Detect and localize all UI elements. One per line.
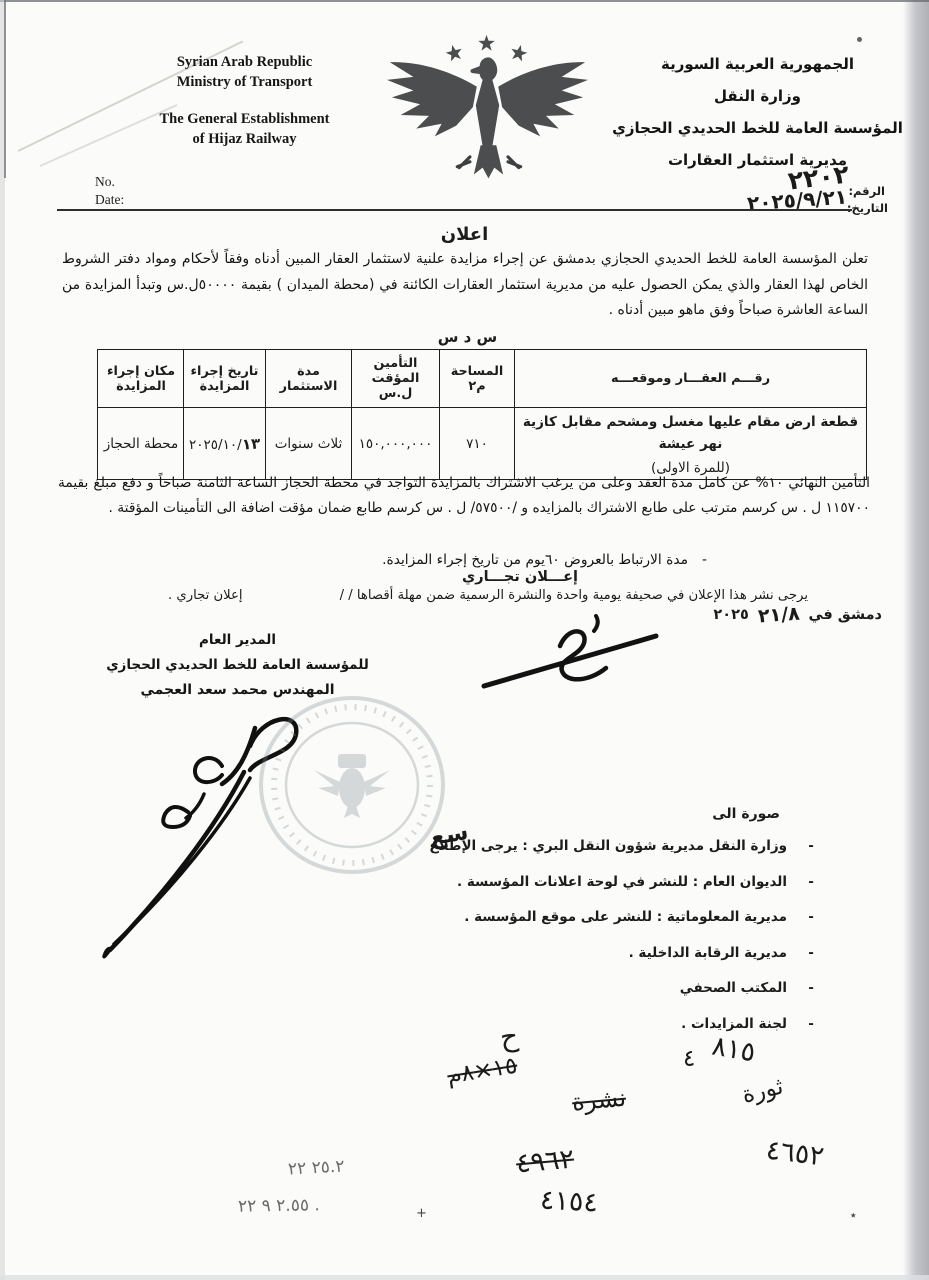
org-name-en-line2: of Hijaz Railway <box>142 129 347 149</box>
bullet-dash: - <box>702 552 707 568</box>
cell-duration: ثلاث سنوات <box>265 408 351 479</box>
copies-heading: صورة الى <box>251 806 780 822</box>
cell-auction-date: ٢٠٢٥/١٠/١٣ <box>183 408 265 479</box>
ministry-name-en: Ministry of Transport <box>142 72 347 92</box>
publish-instruction-text: يرجى نشر هذا الإعلان في صحيفة يومية واحد… <box>340 588 808 603</box>
copies-item-text: الديوان العام : للنشر في لوحة اعلانات ال… <box>457 871 787 893</box>
scan-speck <box>857 37 862 42</box>
handwritten-mark: + <box>416 1206 427 1221</box>
raqam-label: الرقم: <box>848 184 885 198</box>
cell-property: قطعة ارض مقام عليها مغسل ومشحم مقابل كاز… <box>514 408 866 479</box>
table-header-area: المساحة م٢ <box>439 350 514 407</box>
header-english: Syrian Arab Republic Ministry of Transpo… <box>142 52 347 149</box>
copies-item-internal-audit: - مديرية الرقابة الداخلية . <box>251 942 817 964</box>
auction-date: ٢٠٢٥/١٠/١٣ <box>189 435 260 453</box>
publish-instruction-line: يرجى نشر هذا الإعلان في صحيفة يومية واحد… <box>168 588 808 603</box>
scan-edge-left-shade <box>0 0 5 1280</box>
table-header-auction-date: تاريخ إجراء المزايدة <box>183 350 265 407</box>
auction-table: رقـــم العقـــار وموقعـــه المساحة م٢ ال… <box>97 349 867 480</box>
copies-item-transport-ministry: - وزارة النقل مديرية شؤون النقل البري : … <box>251 835 817 857</box>
handwritten-note: ٤١٥٤ <box>539 1185 599 1219</box>
damascus-handwritten-day: ٢١/٨ <box>757 603 800 628</box>
copies-item-auctions-committee: - لجنة المزايدات . <box>251 1013 817 1035</box>
approval-signature <box>478 608 663 710</box>
copies-item-press-office: - المكتب الصحفي <box>251 977 817 999</box>
org-name-en-line1: The General Establishment <box>142 109 347 129</box>
scan-edge-top <box>0 0 929 2</box>
property-description: قطعة ارض مقام عليها مغسل ومشحم مقابل كاز… <box>519 411 862 455</box>
binding-period-text: مدة الارتباط بالعروض ٦٠يوم من تاريخ إجرا… <box>382 552 688 568</box>
handwritten-note-faint: ٢٥.٢ ٢٢ <box>288 1157 345 1180</box>
intro-paragraph: تعلن المؤسسة العامة للخط الحديدي الحجازي… <box>62 247 868 324</box>
handwritten-mark: ٭ <box>850 1208 857 1222</box>
damascus-date-line: دمشق في ٢١/٨ ٢٠٢٥ <box>713 604 882 626</box>
scanned-announcement-document: Syrian Arab Republic Ministry of Transpo… <box>0 0 929 1280</box>
handwritten-note-crossed: ٤٩٦٢ <box>515 1144 575 1180</box>
country-name-ar: الجمهورية العربية السورية <box>600 56 915 73</box>
damascus-prefix: دمشق في <box>809 607 882 623</box>
list-dash: - <box>805 835 817 857</box>
list-dash: - <box>805 1013 817 1035</box>
table-header-row: رقـــم العقـــار وموقعـــه المساحة م٢ ال… <box>98 350 866 408</box>
auction-date-day-handwritten: ١٣ <box>241 434 261 453</box>
list-dash: - <box>805 906 817 928</box>
cell-area: ٧١٠ <box>439 408 514 479</box>
eagle-emblem-icon <box>380 32 595 194</box>
copies-item-text: مديرية المعلوماتية : للنشر على موقع المؤ… <box>464 906 787 928</box>
header-divider-line <box>57 209 852 211</box>
ministry-name-ar: وزارة النقل <box>600 88 915 105</box>
copies-item-text: المكتب الصحفي <box>680 977 787 999</box>
country-name-en: Syrian Arab Republic <box>142 52 347 72</box>
list-dash: - <box>805 942 817 964</box>
table-row: قطعة ارض مقام عليها مغسل ومشحم مقابل كاز… <box>98 408 866 479</box>
copies-item-text: لجنة المزايدات . <box>681 1013 787 1035</box>
table-header-property: رقـــم العقـــار وموقعـــه <box>514 350 866 407</box>
binding-period-bullet: - مدة الارتباط بالعروض ٦٠يوم من تاريخ إج… <box>382 552 707 568</box>
table-header-duration: مدة الاستثمار <box>265 350 351 407</box>
commercial-ad-heading: إعـــلان تجـــاري <box>400 569 640 585</box>
scan-edge-bottom <box>0 1275 929 1280</box>
list-dash: - <box>805 977 817 999</box>
handwritten-note: ح <box>498 1019 519 1054</box>
scan-edge-left-line <box>4 0 6 178</box>
cell-auction-place: محطة الحجاز <box>99 408 183 479</box>
handwritten-note: ثورة <box>739 1073 786 1108</box>
handwritten-note: ٤ <box>683 1046 695 1072</box>
auction-date-year-month: ٢٠٢٥/١٠/ <box>189 437 242 453</box>
deposit-amount: ١٥٠,٠٠٠,٠٠٠ <box>359 436 433 452</box>
copies-item-informatics: - مديرية المعلوماتية : للنشر على موقع ال… <box>251 906 817 928</box>
copies-section: صورة الى - وزارة النقل مديرية شؤون النقل… <box>251 806 817 1048</box>
org-name-ar: المؤسسة العامة للخط الحديدي الحجازي <box>600 120 915 137</box>
cell-deposit: ١٥٠,٠٠٠,٠٠٠ <box>351 408 439 479</box>
publish-instruction-tail: إعلان تجاري . <box>168 588 243 603</box>
tarikh-label: التاريخ: <box>847 201 888 215</box>
handwritten-note-crossed: ١٥×٨م <box>445 1053 519 1090</box>
handwritten-note-crossed: نشرة <box>571 1084 627 1117</box>
copies-item-general-diwan: - الديوان العام : للنشر في لوحة اعلانات … <box>251 871 817 893</box>
damascus-year: ٢٠٢٥ <box>713 607 748 623</box>
header-arabic: الجمهورية العربية السورية وزارة النقل ال… <box>600 56 915 184</box>
handwritten-note-faint: ٢.٥٥ ٩ ٢٢ . <box>238 1195 320 1216</box>
scan-edge-right <box>903 0 929 1280</box>
no-label: No. <box>95 174 115 190</box>
directorate-name-ar: مديرية استثمار العقارات <box>600 152 915 169</box>
terms-paragraph: التأمين النهائي ١٠% عن كامل مدة العقد وع… <box>58 471 870 520</box>
pre-table-note: س د س <box>0 328 929 346</box>
table-header-auction-place: مكان إجراء المزايدة <box>99 350 183 407</box>
copies-item-text: وزارة النقل مديرية شؤون النقل البري : ير… <box>429 835 787 857</box>
list-dash: - <box>805 871 817 893</box>
announcement-title: اعلان <box>0 224 929 245</box>
handwritten-note: ٨١٥ <box>710 1030 758 1068</box>
date-label: Date: <box>95 192 124 208</box>
table-header-deposit: التأمين المؤقت ل.س <box>351 350 439 407</box>
copies-item-text: مديرية الرقابة الداخلية . <box>629 942 787 964</box>
handwritten-note: ٤٦٥٢ <box>764 1135 825 1173</box>
director-title: المدير العام <box>105 632 370 648</box>
director-org: للمؤسسة العامة للخط الحديدي الحجازي <box>105 657 370 673</box>
